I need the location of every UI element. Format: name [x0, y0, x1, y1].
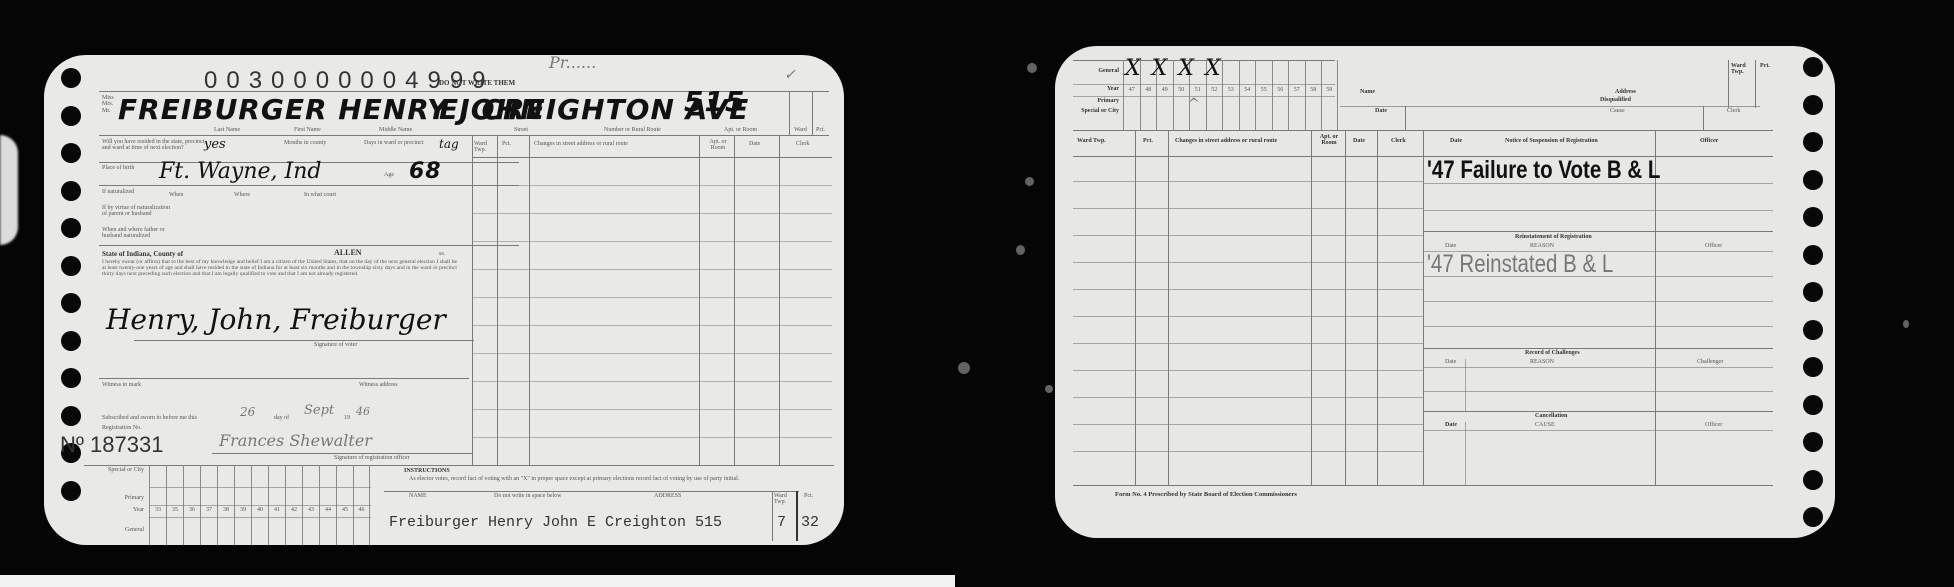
col-pct: Pct.: [502, 141, 511, 147]
footer-ward-label: Ward Twp.: [774, 493, 792, 506]
scan-border-strip: [0, 575, 955, 587]
naturalized-court: In what court: [304, 192, 336, 198]
grid-label-year: Year: [104, 507, 144, 513]
months-in-county-label: Months in county: [284, 140, 344, 146]
pencil-note: Pr......: [549, 55, 596, 72]
reinstatement-reason-header: REASON: [1530, 243, 1554, 249]
virtue-label: If by virtue of naturalization of parent…: [102, 205, 172, 218]
instructions-text: As elector votes, record fact of voting …: [409, 476, 809, 482]
naturalized-label: If naturalized: [102, 189, 134, 195]
col-date: Date: [749, 141, 760, 147]
punch-hole: [61, 68, 81, 88]
back-col-pct: Pct.: [1143, 138, 1153, 144]
form-footer: Form No. 4 Prescribed by State Board of …: [1115, 492, 1297, 499]
subscribed-month: Sept: [304, 403, 334, 418]
punch-hole: [61, 406, 81, 426]
grid-label-year: Year: [1075, 86, 1119, 92]
age-label: Age: [384, 172, 394, 178]
residency-question: Will you have resided in the state, prec…: [102, 139, 212, 152]
col-changes: Changes in street address or rural route: [534, 141, 694, 147]
cancellation-officer-header: Officer: [1705, 422, 1722, 428]
transfer-disqualified-label: Disqualified: [1600, 97, 1631, 103]
punch-hole: [61, 143, 81, 163]
punch-hole: [1803, 95, 1823, 115]
punch-hole: [61, 181, 81, 201]
punch-hole: [1803, 320, 1823, 340]
subscribed-year: 46: [356, 405, 370, 418]
transfer-date-label: Date: [1375, 108, 1387, 114]
signature-label: Signature of voter: [314, 342, 357, 348]
punch-hole: [61, 218, 81, 238]
punch-hole: [1803, 132, 1823, 152]
punch-hole: [61, 106, 81, 126]
footer-pct-label: Pct.: [804, 493, 813, 499]
punch-hole: [1803, 57, 1823, 77]
dust-speck: [958, 362, 970, 374]
dust-speck: [1027, 63, 1037, 73]
certificate-number: Nº 187331: [60, 432, 163, 458]
label-number: Number or Rural Route: [604, 127, 661, 133]
oath-text: I hereby swear (or affirm) that to the b…: [102, 260, 457, 278]
punch-hole: [1803, 170, 1823, 190]
footer-address-label: ADDRESS: [654, 493, 681, 499]
witness-address-label: Witness address: [359, 382, 398, 388]
months-value: tag: [439, 137, 459, 151]
label-first-name: First Name: [294, 127, 321, 133]
dust-speck: [1903, 320, 1909, 328]
header-note: DO NOT WRITE THEM: [439, 80, 515, 87]
punch-hole: [61, 368, 81, 388]
back-pct-label: Pct.: [1760, 63, 1770, 69]
punch-hole: [1803, 507, 1823, 527]
cancellation-cause-header: CAUSE: [1535, 422, 1555, 428]
reinstatement-officer-header: Officer: [1705, 243, 1722, 249]
cancellation-title: Cancellation: [1535, 413, 1567, 419]
naturalized-where: Where: [234, 192, 250, 198]
voter-signature: Henry, John, Freiburger: [106, 303, 446, 336]
punch-hole: [1803, 395, 1823, 415]
subscribed-label: Subscribed and sworn to before me this: [102, 415, 197, 421]
grid-label-special: Special or City: [1075, 108, 1119, 114]
oath-heading: State of Indiana, County of: [102, 251, 183, 258]
dust-speck: [1045, 385, 1053, 393]
days-in-precinct-label: Days in ward or precinct: [364, 140, 434, 146]
suspension-date-header: Date: [1450, 138, 1462, 144]
footer-note: Do not write in space below: [494, 493, 561, 499]
witness-label: Witness to mark: [102, 382, 141, 388]
punch-hole: [61, 331, 81, 351]
registration-card-front: 0030000004999 DO NOT WRITE THEM Pr......…: [44, 55, 844, 545]
label-pct: Pct.: [816, 127, 825, 133]
col-apt: Apt. or Room: [704, 139, 732, 152]
birth-place-label: Place of birth: [102, 165, 134, 171]
transfer-name-label: Name: [1360, 89, 1375, 95]
col-clerk: Clerk: [796, 141, 809, 147]
punch-hole: [1803, 207, 1823, 227]
challenges-date-header: Date: [1445, 359, 1456, 365]
transfer-cause-label: Cause: [1610, 108, 1625, 114]
reinstatement-title: Reinstatement of Registration: [1515, 234, 1592, 240]
name-prefix-labels: MissMrs.Mr.: [102, 95, 114, 114]
dust-speck: [1025, 177, 1034, 186]
general-vote-marks: X X X X: [1125, 56, 1223, 81]
parent-naturalized-label: When and where father or husband natural…: [102, 227, 177, 240]
label-street: Street: [514, 127, 528, 133]
dust-speck: [1016, 245, 1025, 255]
subscribed-day-label: day of: [274, 415, 289, 421]
punch-hole: [1803, 245, 1823, 265]
transfer-clerk-label: Clerk: [1727, 108, 1740, 114]
punch-hole: [1803, 357, 1823, 377]
suspension-title: Notice of Suspension of Registration: [1505, 138, 1598, 144]
punch-hole: [1803, 432, 1823, 452]
ward-number: 7: [777, 514, 786, 531]
naturalized-when: When: [169, 192, 183, 198]
challenges-reason-header: REASON: [1530, 359, 1554, 365]
precinct-number: 32: [801, 514, 819, 531]
punch-hole: [1803, 470, 1823, 490]
back-col-apt: Apt. or Room: [1315, 134, 1343, 147]
instructions-title: INSTRUCTIONS: [404, 468, 450, 474]
primary-vote-mark: ^: [1188, 96, 1200, 112]
oath-suffix: ss.: [439, 251, 445, 257]
subscribed-year-label: 19: [344, 415, 350, 421]
grid-label-general: General: [104, 527, 144, 533]
age-value: 68: [409, 159, 442, 184]
col-ward-twp: Ward Twp.: [474, 141, 496, 154]
birth-place: Ft. Wayne, Ind: [159, 159, 321, 184]
house-number-handwritten: 515: [684, 85, 745, 118]
punch-hole: [61, 293, 81, 313]
label-middle-name: Middle Name: [379, 127, 412, 133]
suspension-entry: '47 Failure to Vote B & L: [1427, 156, 1660, 185]
label-ward: Ward: [794, 127, 807, 133]
transfer-address-label: Address: [1615, 89, 1636, 95]
subscribed-day: 26: [240, 405, 255, 419]
back-ward-label: Ward Twp.: [1731, 63, 1753, 76]
back-col-clerk: Clerk: [1391, 138, 1406, 144]
grid-label-general: General: [1075, 68, 1119, 74]
grid-label-primary: Primary: [1075, 98, 1119, 104]
scan-glare: [0, 135, 18, 245]
registration-no-label: Registration No.: [102, 425, 142, 431]
check-mark: ✓: [784, 67, 796, 83]
punch-hole: [1803, 282, 1823, 302]
residency-answer: yes: [204, 137, 226, 152]
label-last-name: Last Name: [214, 127, 240, 133]
reinstatement-date-header: Date: [1445, 243, 1456, 249]
registrar-signature: Frances Shewalter: [219, 431, 372, 450]
reinstatement-entry: '47 Reinstated B & L: [1427, 250, 1613, 279]
back-col-ward: Ward Twp.: [1077, 138, 1127, 144]
county-name: ALLEN: [334, 249, 362, 257]
registrar-signature-label: Signature of registration officer: [334, 455, 410, 461]
back-col-changes: Changes in street address or rural route: [1175, 138, 1277, 144]
grid-label-primary: Primary: [104, 495, 144, 501]
punch-holes-right: [1803, 57, 1823, 527]
registration-card-back: General Year Primary Special or City 47 …: [1055, 46, 1835, 538]
cancellation-date-header: Date: [1445, 422, 1457, 428]
typed-record: Freiburger Henry John E Creighton 515: [389, 514, 722, 531]
punch-hole: [61, 481, 81, 501]
back-col-date: Date: [1353, 138, 1365, 144]
label-apt: Apt. or Room: [724, 127, 757, 133]
punch-hole: [61, 256, 81, 276]
grid-label-special: Special or City: [104, 467, 144, 473]
suspension-officer-header: Officer: [1700, 138, 1718, 144]
footer-name-label: NAME: [409, 493, 427, 499]
challenges-challenger-header: Challenger: [1697, 359, 1723, 365]
challenges-title: Record of Challenges: [1525, 350, 1580, 356]
